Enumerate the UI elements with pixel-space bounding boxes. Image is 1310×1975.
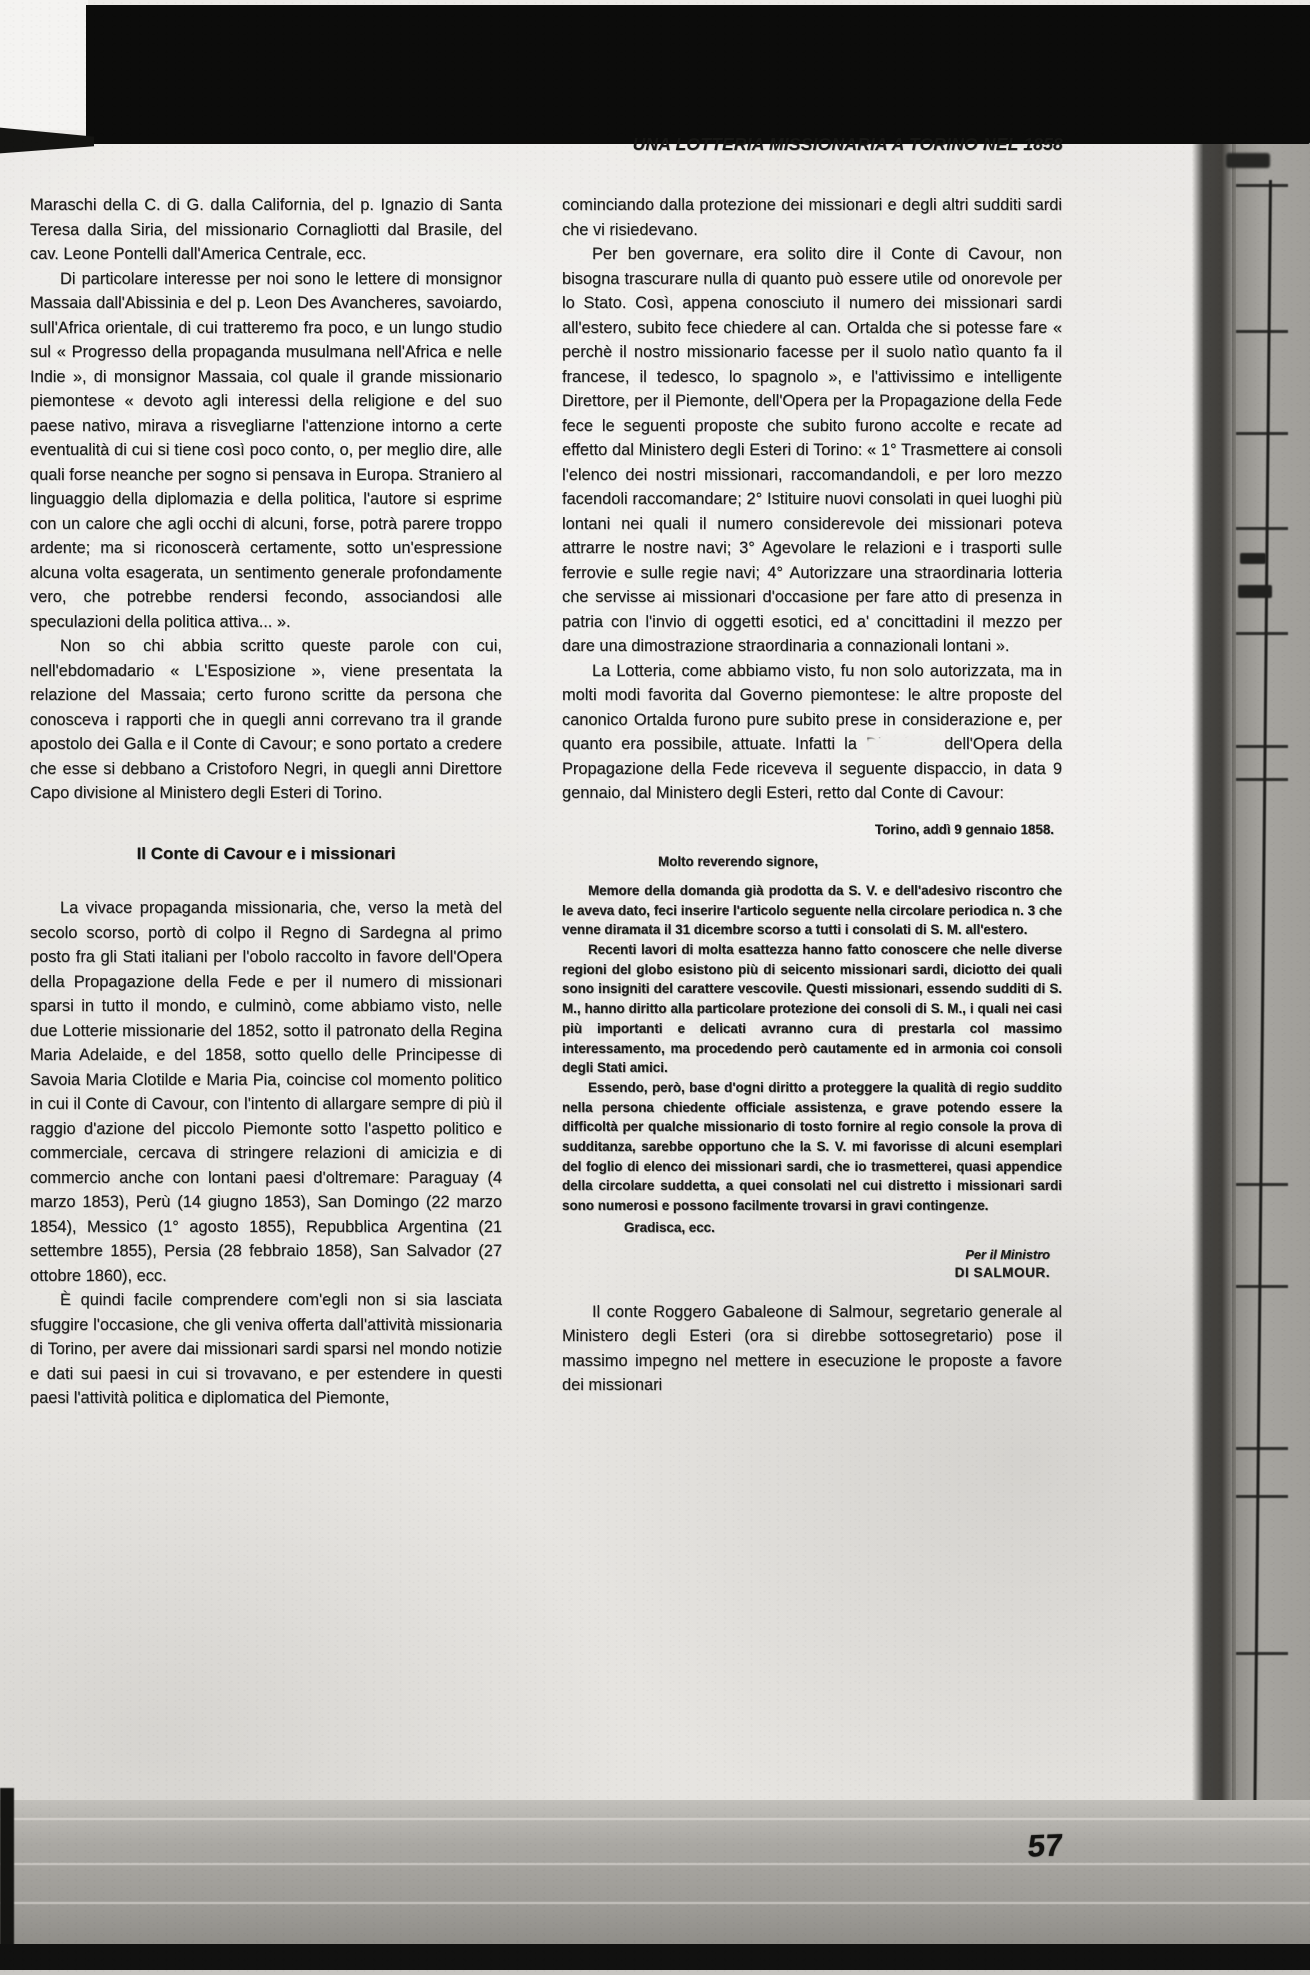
paragraph-text: cominciando dalla protezione dei mission… (562, 196, 1062, 239)
adjacent-page-strip (1232, 144, 1310, 1948)
letter-signature: Per il Ministro DI SALMOUR. (562, 1246, 1062, 1282)
scan-artifact (0, 1970, 1310, 1975)
paragraph-text: La Lotteria, come abbiamo visto, fu non … (562, 662, 1062, 803)
letter-paragraph: Memore della domanda già prodotta da S. … (562, 881, 1062, 940)
scan-artifact-rung (1236, 745, 1288, 748)
signature-name: DI SALMOUR. (562, 1264, 1050, 1282)
scan-artifact (0, 1863, 1310, 1865)
paragraph-text: Di particolare interesse per noi sono le… (30, 270, 502, 631)
paragraph-text: Il conte Roggero Gabaleone di Salmour, s… (562, 1303, 1062, 1395)
paragraph: Maraschi della C. di G. dalla California… (30, 193, 502, 267)
paragraph: Per ben governare, era solito dire il Co… (562, 242, 1062, 659)
paragraph: La Lotteria, come abbiamo visto, fu non … (562, 659, 1062, 806)
paragraph: Di particolare interesse per noi sono le… (30, 267, 502, 635)
letter-closing: Gradisca, ecc. (624, 1218, 1062, 1238)
paragraph-text: Recenti lavori di molta esattezza hanno … (562, 942, 1062, 1075)
scan-bottom-band (0, 1800, 1310, 1948)
letter-paragraph: Recenti lavori di molta esattezza hanno … (562, 940, 1062, 1078)
signature-role: Per il Ministro (562, 1246, 1050, 1264)
scan-artifact-rung (1236, 1285, 1288, 1288)
scan-artifact-rung (1236, 330, 1288, 333)
paragraph-text: La vivace propaganda missionaria, che, v… (30, 899, 502, 1285)
paragraph: cominciando dalla protezione dei mission… (562, 193, 1062, 242)
scan-artifact (1238, 585, 1272, 598)
scan-gutter-shadow (1192, 144, 1236, 1948)
page-header-title: UNA LOTTERIA MISSIONARIA A TORINO NEL 18… (518, 134, 1063, 160)
letter-dateline: Torino, addì 9 gennaio 1858. (562, 820, 1062, 840)
scanned-page: UNA LOTTERIA MISSIONARIA A TORINO NEL 18… (0, 0, 1310, 1975)
paragraph-text: Memore della domanda già prodotta da S. … (562, 883, 1062, 937)
scan-artifact-rung (1236, 1183, 1288, 1186)
paragraph: Non so chi abbia scritto queste parole c… (30, 634, 502, 806)
scan-artifact-rung (1236, 1447, 1288, 1450)
letter-block: Torino, addì 9 gennaio 1858. Molto rever… (562, 820, 1062, 1282)
scan-artifact-rung (1236, 778, 1288, 781)
letter-salutation: Molto reverendo signore, (658, 852, 1062, 872)
scan-bottom-black-bar (0, 1944, 1310, 1972)
paragraph-text: Maraschi della C. di G. dalla California… (30, 196, 502, 263)
scan-artifact-rung (1236, 527, 1288, 530)
scan-artifact-rung (1236, 1652, 1288, 1655)
paragraph: È quindi facile comprendere com'egli non… (30, 1288, 502, 1411)
top-black-banner (86, 5, 1310, 144)
scan-left-margin (0, 0, 88, 130)
paragraph-text: È quindi facile comprendere com'egli non… (30, 1291, 502, 1407)
section-heading: Il Conte di Cavour e i missionari (30, 842, 502, 867)
paragraph: La vivace propaganda missionaria, che, v… (30, 896, 502, 1288)
paragraph-text: Non so chi abbia scritto queste parole c… (30, 637, 502, 802)
scan-artifact (0, 1902, 1310, 1904)
scan-defect-blotch (858, 735, 944, 756)
page-number: 57 (1026, 1827, 1064, 1864)
scan-artifact-rung (1236, 1495, 1288, 1498)
scan-artifact (1240, 553, 1266, 564)
scan-artifact (0, 1818, 1310, 1820)
paragraph-text: Per ben governare, era solito dire il Co… (562, 245, 1062, 655)
paragraph: Il conte Roggero Gabaleone di Salmour, s… (562, 1300, 1062, 1398)
scan-artifact-rung (1236, 432, 1288, 435)
letter-paragraph: Essendo, però, base d'ogni diritto a pro… (562, 1078, 1062, 1216)
right-column: cominciando dalla protezione dei mission… (562, 193, 1062, 1398)
scan-artifact (1226, 153, 1270, 168)
paragraph-text: Essendo, però, base d'ogni diritto a pro… (562, 1080, 1062, 1213)
scan-artifact-rung (1236, 632, 1288, 635)
scan-artifact-rung (1236, 184, 1288, 187)
left-column: Maraschi della C. di G. dalla California… (30, 193, 502, 1411)
